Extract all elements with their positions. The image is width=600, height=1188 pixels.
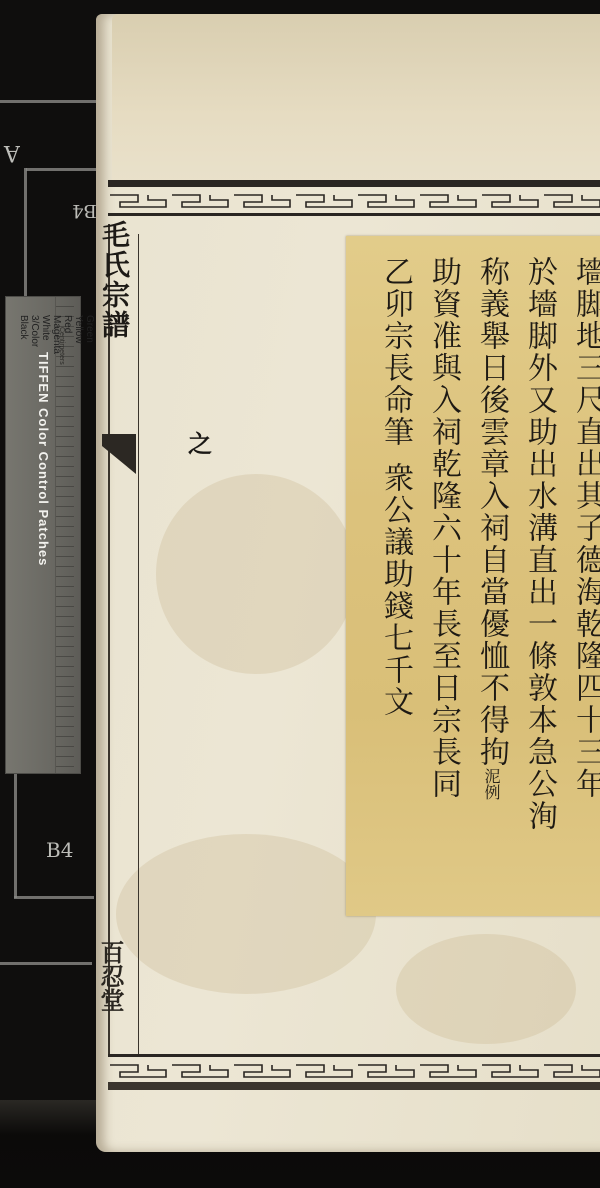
water-stain xyxy=(156,474,356,674)
board-label-a: A xyxy=(4,140,20,165)
color-control-card: Centimeters TIFFEN Color Control Patches… xyxy=(5,296,81,774)
board-frame-line xyxy=(24,168,27,298)
water-stain xyxy=(396,934,576,1044)
board-label-b4-top: B4 xyxy=(72,200,97,221)
board-frame-line xyxy=(26,168,106,171)
slip-text-columns: 墻脚地三尺直出其子德海乾隆四十三年 於墻脚外又助出水溝直出一條敦本急公洵 称義舉… xyxy=(376,256,600,916)
slip-column-5: 乙卯宗長命筆衆公議助錢七千文 xyxy=(376,256,414,916)
frame-line xyxy=(108,224,110,1054)
slip-small-characters: 泥例 xyxy=(482,768,501,800)
card-brand: TIFFEN Color Control Patches xyxy=(36,352,51,566)
margin-ink-mark: 之 xyxy=(188,424,212,459)
pasted-manuscript-slip: 墻脚地三尺直出其子德海乾隆四十三年 於墻脚外又助出水溝直出一條敦本急公洵 称義舉… xyxy=(346,236,600,916)
board-frame-line xyxy=(0,100,110,103)
meander-pattern xyxy=(108,192,600,210)
slip-column-2: 於墻脚外又助出水溝直出一條敦本急公洵 xyxy=(520,256,558,916)
board-frame-line xyxy=(0,962,92,965)
slip-column-4: 助資准與入祠乾隆六十年長至日宗長同 xyxy=(424,256,462,916)
page-top-margin xyxy=(112,14,600,184)
spine-hall-name: 百忍堂 xyxy=(98,940,128,1012)
slip-column-3: 称義舉日後雲章入祠自當優恤不得拘泥例 xyxy=(472,256,510,916)
board-label-b4-bottom: B4 xyxy=(46,838,73,862)
slip-column-1: 墻脚地三尺直出其子德海乾隆四十三年 xyxy=(568,256,600,916)
board-frame-line xyxy=(14,896,94,899)
water-stain xyxy=(116,834,376,994)
frame-line xyxy=(138,234,139,1054)
spine-title: 毛氏宗譜 xyxy=(102,220,134,340)
top-meander-border xyxy=(108,180,600,220)
board-frame-line xyxy=(14,770,17,898)
bottom-meander-border xyxy=(108,1054,600,1094)
meander-pattern xyxy=(108,1062,600,1080)
